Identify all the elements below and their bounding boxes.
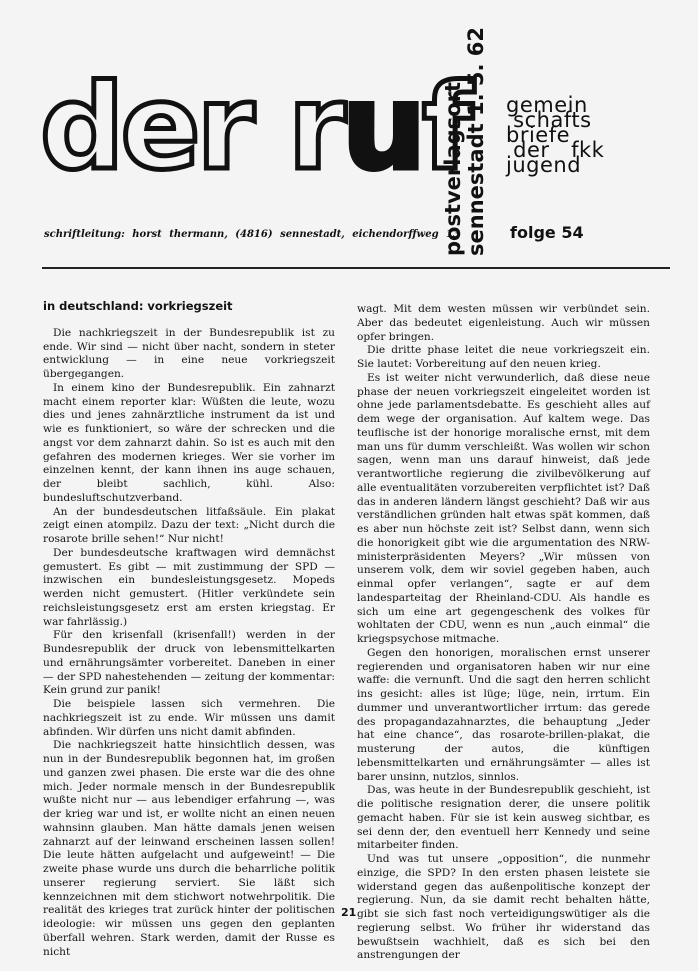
editor-line: schriftleitung: horst thermann, (4816) s… (44, 229, 460, 240)
article-title: in deutschland: vorkriegszeit (43, 300, 335, 314)
header-rule (42, 267, 670, 269)
paragraph: Die beispiele lassen sich vermehren. Die… (43, 698, 335, 739)
left-column: in deutschland: vorkriegszeit Die nachkr… (43, 300, 335, 959)
paragraph: Die nachkriegszeit hatte hinsichtlich de… (43, 739, 335, 959)
subtitle-block: gemein schafts briefe der fkk jugend (506, 98, 604, 173)
postal-place: postverlagsort (442, 27, 465, 256)
paragraph: Das, was heute in der Bundesrepublik ges… (357, 784, 650, 853)
masthead: der ruf postverlagsort sennestadt 1. 5. … (0, 0, 698, 270)
right-column: wagt. Mit dem westen müssen wir verbünde… (357, 303, 650, 963)
paragraph: Gegen den honorigen, moralischen ernst u… (357, 647, 650, 785)
page-number: 21 (341, 906, 356, 919)
paragraph: Und was tut unsere „opposition“, die nun… (357, 853, 650, 963)
postal-info: postverlagsort sennestadt 1. 5. 62 (442, 27, 488, 256)
logo-der-ruf: der ruf (40, 68, 469, 186)
paragraph: wagt. Mit dem westen müssen wir verbünde… (357, 303, 650, 344)
issue-number: folge 54 (510, 223, 584, 242)
paragraph: In einem kino der Bundesrepublik. Ein za… (43, 382, 335, 506)
paragraph: Die dritte phase leitet die neue vorkrie… (357, 344, 650, 372)
paragraph: An der bundesdeutschen litfaßsäule. Ein … (43, 506, 335, 547)
paragraph: Die nachkriegszeit in der Bundesrepublik… (43, 327, 335, 382)
paragraph: Der bundesdeutsche kraftwagen wird demnä… (43, 547, 335, 630)
postal-date: sennestadt 1. 5. 62 (465, 27, 488, 256)
paragraph: Es ist weiter nicht verwunderlich, daß d… (357, 372, 650, 647)
paragraph: Für den krisenfall (krisenfall!) werden … (43, 629, 335, 698)
